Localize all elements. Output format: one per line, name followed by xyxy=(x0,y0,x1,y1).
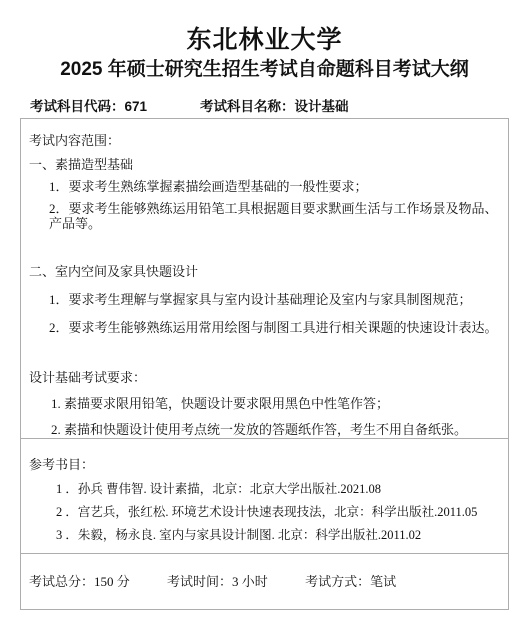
subject-name-label: 考试科目名称： xyxy=(200,99,295,114)
subject-code-pair: 考试科目代码：671 xyxy=(30,98,200,115)
reference-book-3: 3 ．朱毅，杨永良. 室内与家具设计制图. 北京：科学出版社.2011.02 xyxy=(29,528,498,543)
subject-code-value: 671 xyxy=(125,99,148,114)
references-heading: 参考书目： xyxy=(29,457,498,472)
section-1-item-1: 1．要求考生熟练掌握素描绘画造型基础的一般性要求； xyxy=(29,179,498,194)
syllabus-table: 考试内容范围： 一、素描造型基础 1．要求考生熟练掌握素描绘画造型基础的一般性要… xyxy=(20,118,509,610)
section-1-heading: 一、素描造型基础 xyxy=(29,157,498,172)
subject-name-value: 设计基础 xyxy=(295,99,349,114)
exam-method-pair: 考试方式：笔试 xyxy=(305,574,396,589)
total-score-pair: 考试总分：150 分 xyxy=(29,574,130,589)
university-title: 东北林业大学 xyxy=(0,0,529,55)
requirements-item-2: 2. 素描和快题设计使用考点统一发放的答题纸作答，考生不用自备纸张。 xyxy=(29,422,498,437)
exam-content-cell: 考试内容范围： 一、素描造型基础 1．要求考生熟练掌握素描绘画造型基础的一般性要… xyxy=(21,119,508,439)
requirements-heading: 设计基础考试要求： xyxy=(29,370,498,385)
reference-book-2: 2 ．宫艺兵，张红松. 环境艺术设计快速表现技法，北京：科学出版社.2011.0… xyxy=(29,505,498,520)
section-2-item-1: 1．要求考生理解与掌握家具与室内设计基础理论及室内与家具制图规范； xyxy=(29,292,498,307)
reference-book-1: 1 ．孙兵 曹伟智. 设计素描，北京：北京大学出版社.2021.08 xyxy=(29,482,498,497)
exam-summary-cell: 考试总分：150 分 考试时间：3 小时 考试方式：笔试 xyxy=(21,554,508,609)
subject-code-label: 考试科目代码： xyxy=(30,99,125,114)
section-2-item-2: 2．要求考生能够熟练运用常用绘图与制图工具进行相关课题的快速设计表达。 xyxy=(29,320,498,335)
exam-syllabus-page: 东北林业大学 2025 年硕士研究生招生考试自命题科目考试大纲 考试科目代码：6… xyxy=(0,0,529,632)
exam-method-value: 笔试 xyxy=(370,574,396,589)
exam-method-label: 考试方式： xyxy=(305,574,370,589)
subject-name-pair: 考试科目名称：设计基础 xyxy=(200,99,349,114)
exam-time-label: 考试时间： xyxy=(167,574,232,589)
syllabus-subtitle: 2025 年硕士研究生招生考试自命题科目考试大纲 xyxy=(0,58,529,82)
total-score-label: 考试总分： xyxy=(29,574,94,589)
exam-time-value: 3 小时 xyxy=(232,574,268,589)
section-2-heading: 二、室内空间及家具快题设计 xyxy=(29,264,498,279)
references-cell: 参考书目： 1 ．孙兵 曹伟智. 设计素描，北京：北京大学出版社.2021.08… xyxy=(21,439,508,554)
section-1-item-2: 2．要求考生能够熟练运用铅笔工具根据题目要求默画生活与工作场景及物品、产品等。 xyxy=(29,201,498,231)
scope-heading: 考试内容范围： xyxy=(29,133,498,148)
subject-header-row: 考试科目代码：671考试科目名称：设计基础 xyxy=(0,98,529,115)
exam-time-pair: 考试时间：3 小时 xyxy=(167,574,268,589)
requirements-item-1: 1. 素描要求限用铅笔，快题设计要求限用黑色中性笔作答； xyxy=(29,396,498,411)
total-score-value: 150 分 xyxy=(94,574,130,589)
